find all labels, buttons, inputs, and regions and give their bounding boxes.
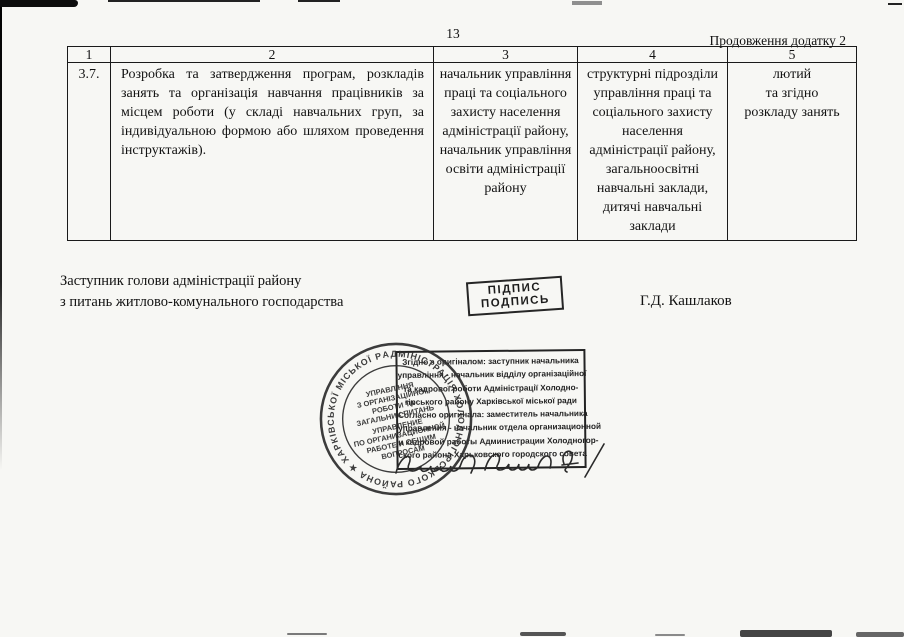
scan-artifact-smudge (520, 632, 566, 636)
cell-activity-description: Розробка та затвердження програм, розкла… (111, 63, 434, 241)
page-number: 13 (436, 26, 470, 42)
signature-placeholder-stamp: ПІДПИС ПОДПИСЬ (466, 276, 564, 317)
cell-responsible: начальник управління праці та соціальног… (434, 63, 578, 241)
scan-artifact-dash (108, 0, 260, 2)
term-line-2: та згідно (733, 84, 851, 103)
col-header-2: 2 (111, 47, 434, 63)
scan-artifact-dash (298, 0, 340, 2)
signatory-title-line2: з питань житлово-комунального господарст… (60, 292, 343, 313)
scan-artifact-smudge (856, 632, 904, 637)
cell-term: лютий та згідно розкладу занять (728, 63, 857, 241)
scan-artifact-dash (572, 1, 602, 5)
col-header-3: 3 (434, 47, 578, 63)
col-header-1: 1 (68, 47, 111, 63)
scan-artifact-smudge (740, 630, 832, 637)
scan-artifact-smudge (287, 633, 327, 635)
cell-item-number: 3.7. (68, 63, 111, 241)
scanned-document-page: 13 Продовження додатку 2 1 2 3 4 5 3.7. … (0, 0, 904, 637)
scan-artifact-topleft-blob (0, 0, 78, 7)
col-header-5: 5 (728, 47, 857, 63)
term-line-1: лютий (733, 65, 851, 84)
scan-artifact-left-edge (0, 0, 2, 470)
signatory-name: Г.Д. Кашлаков (640, 293, 732, 310)
cell-structural-units: структурні підрозділи управління праці т… (578, 63, 728, 241)
table-column-numbers-row: 1 2 3 4 5 (68, 47, 857, 63)
signatory-title-line1: Заступник голови адміністрації району (60, 271, 343, 292)
col-header-4: 4 (578, 47, 728, 63)
scan-artifact-smudge (655, 634, 685, 636)
round-department-stamp: АДМІНІСТРАЦІЯ ХОЛОДНОГІРСЬКОГО РАЙОНА ★ … (302, 325, 489, 512)
scan-artifact-dash (888, 3, 902, 5)
signatory-title: Заступник голови адміністрації району з … (60, 271, 343, 313)
table-row: 3.7. Розробка та затвердження програм, р… (68, 63, 857, 241)
term-line-3: розкладу занять (733, 103, 851, 122)
schedule-table: 1 2 3 4 5 3.7. Розробка та затвердження … (67, 46, 857, 241)
